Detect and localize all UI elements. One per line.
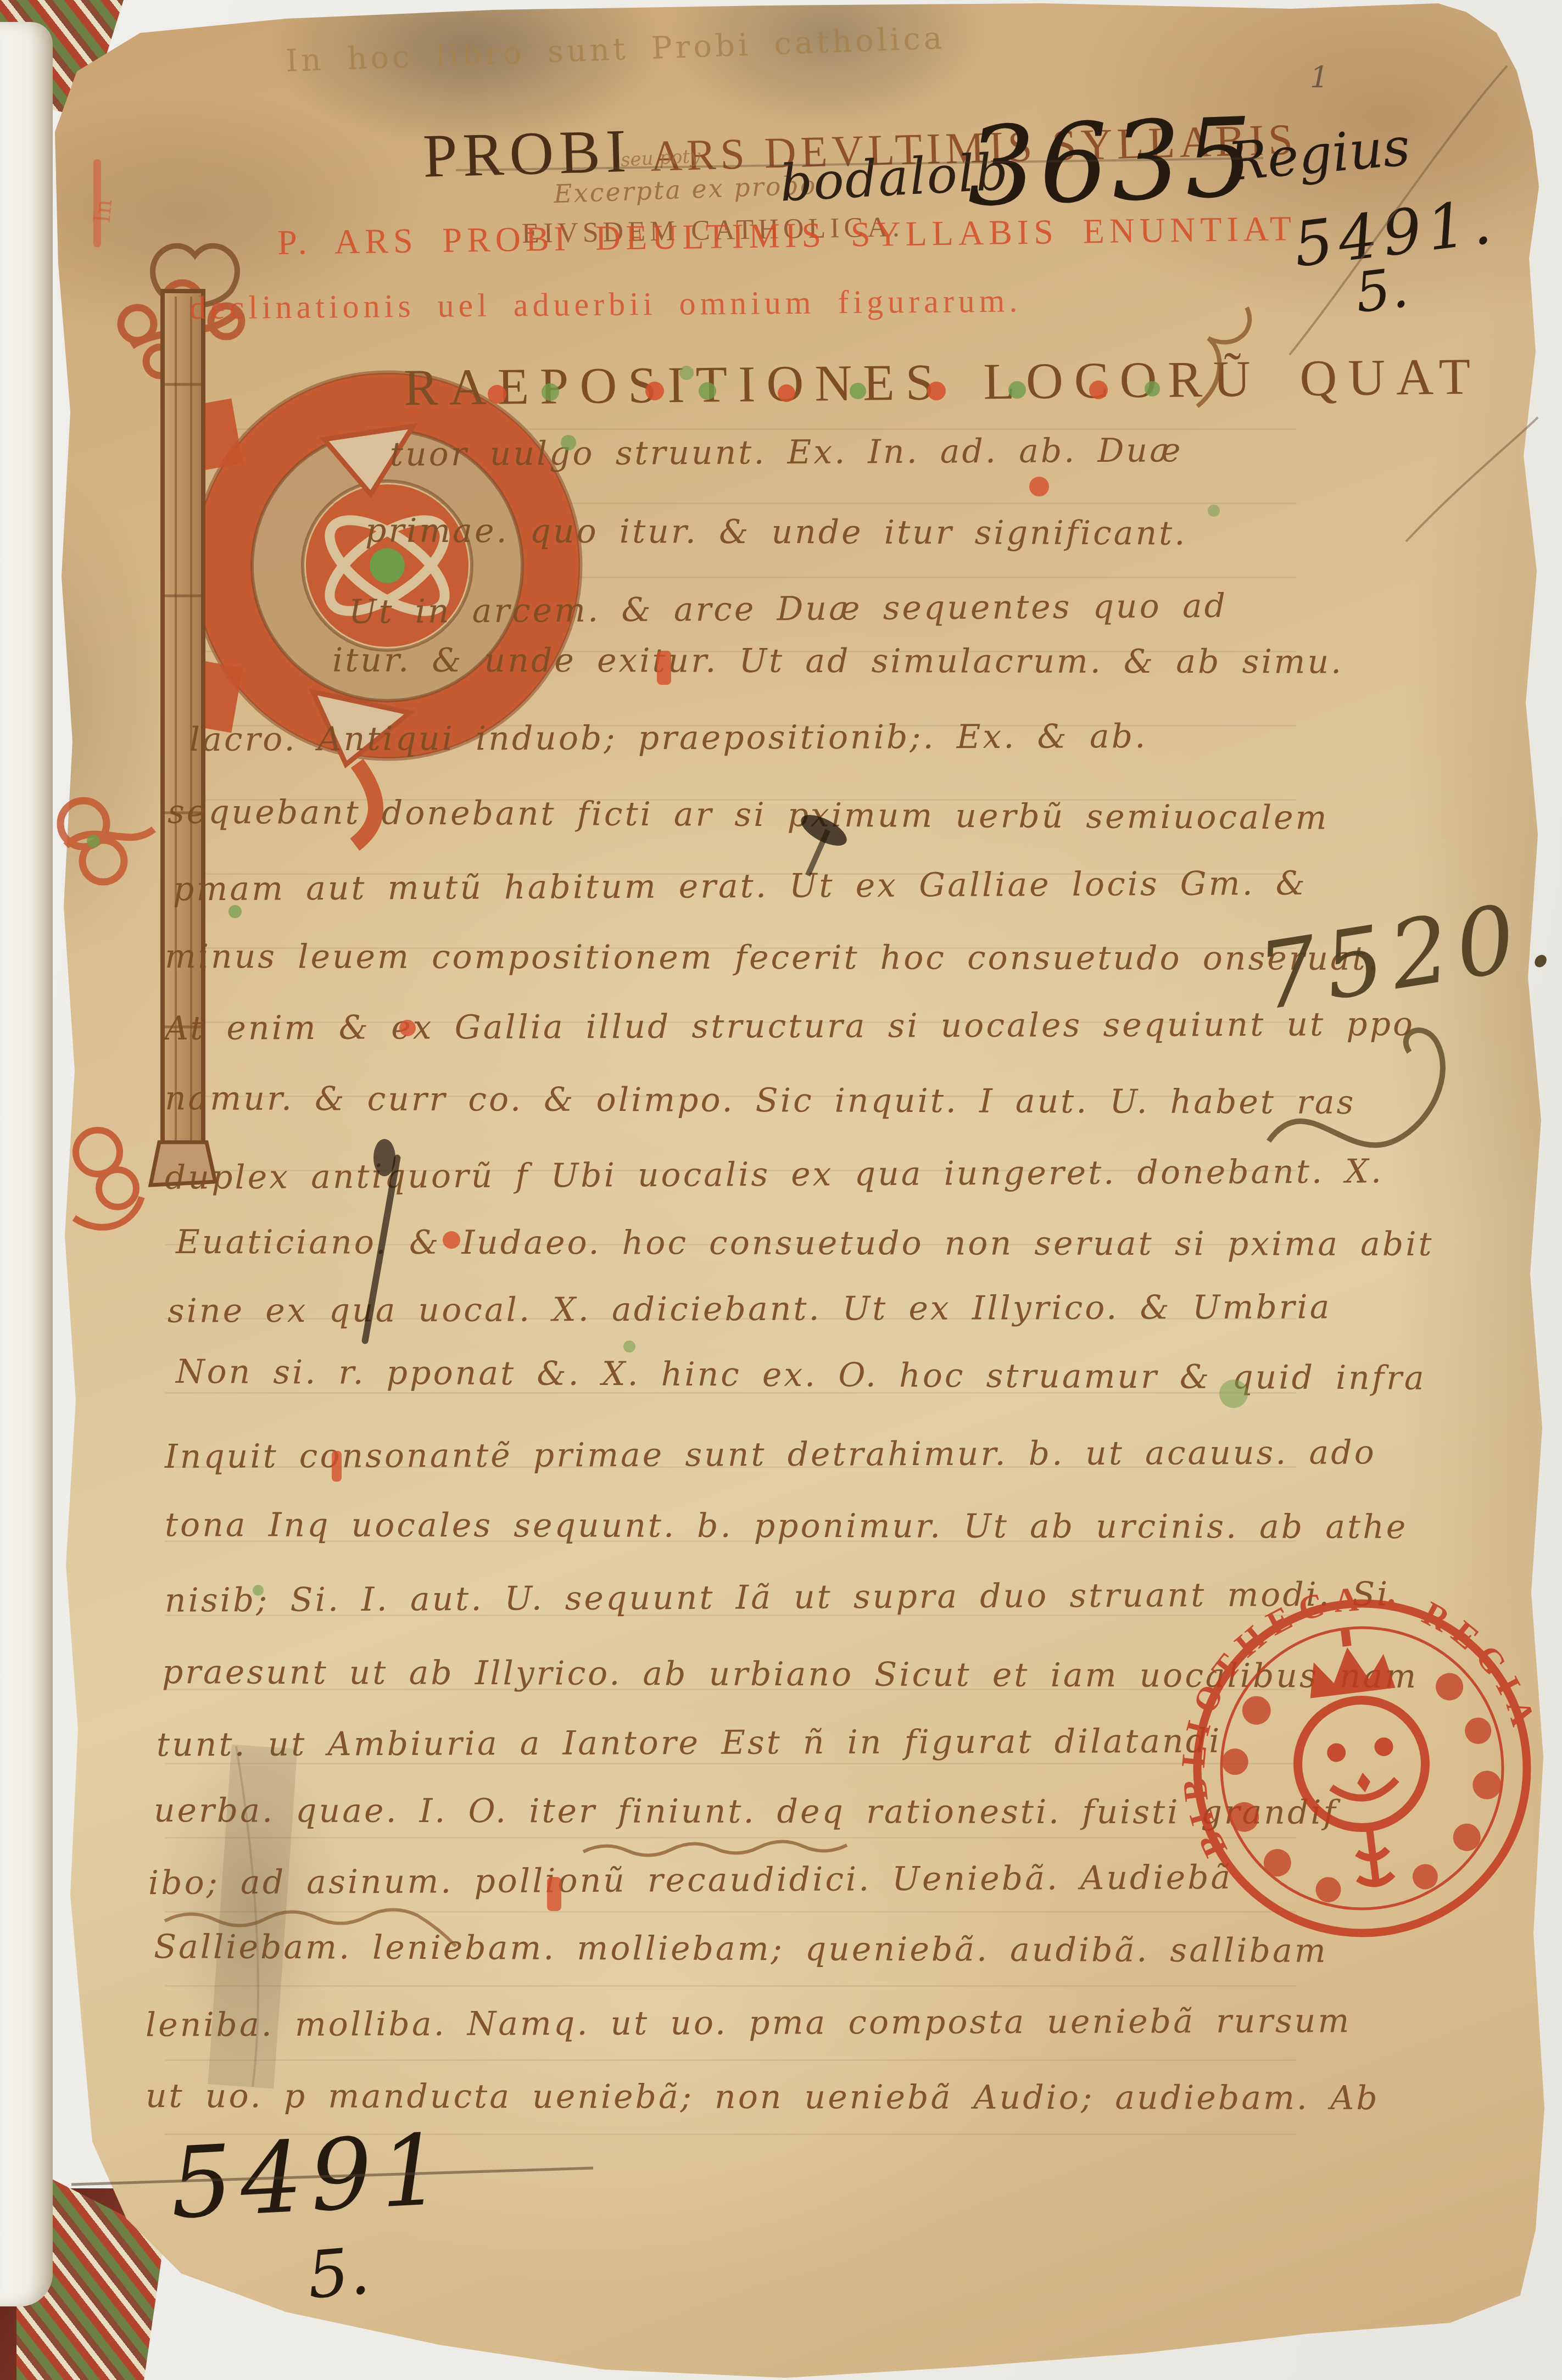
shelfmark-5-top: 5. [1352, 255, 1412, 326]
rubric-margin-initial: In [88, 198, 118, 225]
previous-leaf-edge [0, 22, 53, 2306]
text-line: Salliebam. leniebam. molliebam; queniebã… [154, 1928, 1328, 1970]
text-line: tunt. ut Ambiuria a Iantore Est ñ in fig… [157, 1722, 1222, 1764]
small-note: seu poty [620, 145, 701, 171]
text-line: namur. & curr co. & olimpo. Sic inquit. … [165, 1079, 1356, 1122]
text-line: sine ex qua uocal. X. adiciebant. Ut ex … [168, 1288, 1332, 1330]
text-line: sequebant donebant ficti ar si pximum ue… [168, 792, 1329, 837]
text-line: Non si. r. pponat &. X. hinc ex. O. hoc … [176, 1353, 1426, 1398]
text-line: ut uo. p manducta ueniebã; non ueniebã A… [146, 2077, 1380, 2118]
text-line: Euaticiano. & Iudaeo. hoc consuetudo non… [176, 1223, 1434, 1264]
text-line: primae. quo itur. & unde itur significan… [365, 511, 1187, 552]
text-line: pmam aut mutũ habitum erat. Ut ex Gallia… [173, 864, 1307, 909]
rubric-line-2: declinationis uel aduerbii omnium figura… [189, 282, 1022, 327]
ruling-lines [165, 356, 1296, 2185]
text-line: itur. & unde exitur. Ut ad simulacrum. &… [332, 641, 1343, 681]
text-line: duplex antiquorũ f Ubi uocalis ex qua iu… [165, 1152, 1384, 1197]
text-line: tona Inq uocales sequunt. b. pponimur. U… [165, 1506, 1408, 1546]
folio-number: 1 [1310, 60, 1329, 95]
shelfmark-5-bottom: 5. [304, 2232, 372, 2313]
text-line: praesunt ut ab Illyrico. ab urbiano Sicu… [162, 1653, 1418, 1696]
text-line: minus leuem compositionem fecerit hoc co… [165, 937, 1380, 978]
text-line: Ut in arcem. & arce Duæ sequentes quo ad [349, 586, 1228, 631]
shelfmark-5491-bottom: 5491 [168, 2113, 453, 2241]
text-line: ibo; ad asinum. pollionũ recaudidici. Ue… [148, 1858, 1233, 1902]
text-line: lacro. Antiqui induob; praepositionib;. … [189, 717, 1147, 759]
text-line: leniba. molliba. Namq. ut uo. pma compos… [146, 2002, 1352, 2044]
manuscript-scan: In hoc libro sunt Probi catholica PROBIA… [0, 0, 1562, 2380]
display-capitals-line: RAEPOSITIONES LOCORŨ QUAT [403, 347, 1481, 418]
text-line: uerba. quae. I. O. iter finiunt. deq rat… [154, 1791, 1338, 1832]
text-line: tuor uulgo struunt. Ex. In. ad. ab. Duæ [390, 431, 1183, 474]
text-line: nisib; Si. I. aut. U. sequunt Iã ut supr… [165, 1575, 1390, 1620]
text-line: At enim & ex Gallia illud structura si u… [165, 1005, 1415, 1048]
text-line: Inquit consonantẽ primae sunt detrahimur… [165, 1433, 1376, 1476]
